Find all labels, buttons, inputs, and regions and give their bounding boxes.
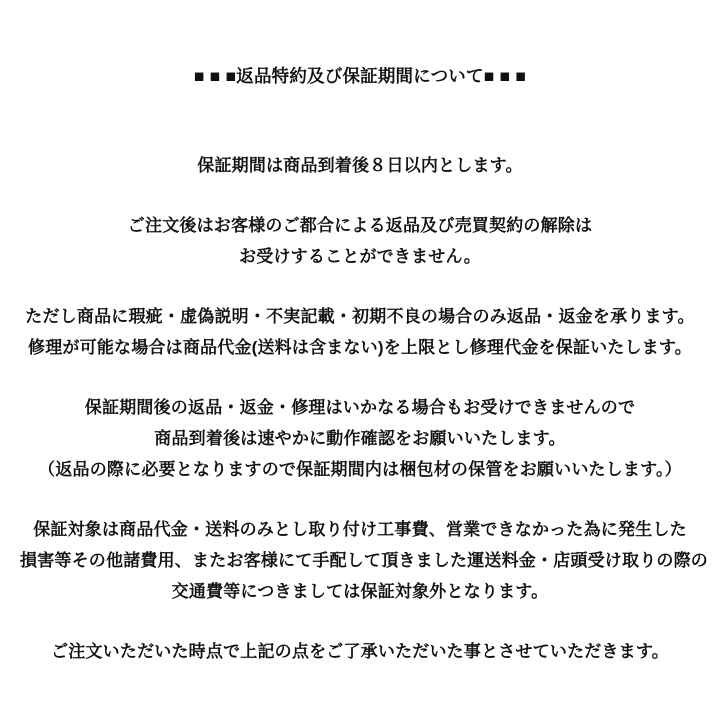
page-title: ■ ■ ■返品特約及び保証期間について■ ■ ■ (20, 61, 700, 92)
paragraph-defect-returns: ただし商品に瑕疵・虚偽説明・不実記載・初期不良の場合のみ返品・返金を承ります。 … (20, 301, 700, 363)
paragraph-acknowledgement: ご注文いただいた時点で上記の点をご了承いただいた事とさせていただきます。 (20, 636, 700, 667)
text-line: 保証期間後の返品・返金・修理はいかなる場合もお受けできませんので (20, 392, 700, 423)
text-line: 交通費等につきましては保証対象外となります。 (20, 576, 700, 607)
paragraph-warranty-period: 保証期間は商品到着後８日以内とします。 (20, 150, 700, 181)
paragraph-after-warranty: 保証期間後の返品・返金・修理はいかなる場合もお受けできませんので 商品到着後は速… (20, 392, 700, 485)
return-policy-document: ■ ■ ■返品特約及び保証期間について■ ■ ■ 保証期間は商品到着後８日以内と… (0, 0, 720, 720)
paragraph-coverage-scope: 保証対象は商品代金・送料のみとし取り付け工事費、営業できなかった為に発生した 損… (20, 514, 700, 607)
text-line: 損害等その他諸費用、またお客様にて手配して頂きました運送料金・店頭受け取りの際の (20, 545, 700, 576)
text-line: 保証対象は商品代金・送料のみとし取り付け工事費、営業できなかった為に発生した (20, 514, 700, 545)
text-line: ご注文後はお客様のご都合による返品及び売買契約の解除は (20, 210, 700, 241)
text-line: （返品の際に必要となりますので保証期間内は梱包材の保管をお願いいたします。） (20, 454, 700, 485)
text-line: ご注文いただいた時点で上記の点をご了承いただいた事とさせていただきます。 (20, 636, 700, 667)
text-line: 保証期間は商品到着後８日以内とします。 (20, 150, 700, 181)
text-line: お受けすることができません。 (20, 241, 700, 272)
text-line: ただし商品に瑕疵・虚偽説明・不実記載・初期不良の場合のみ返品・返金を承ります。 (20, 301, 700, 332)
paragraph-no-cancellation: ご注文後はお客様のご都合による返品及び売買契約の解除は お受けすることができませ… (20, 210, 700, 272)
text-line: 商品到着後は速やかに動作確認をお願いいたします。 (20, 423, 700, 454)
text-line: 修理が可能な場合は商品代金(送料は含まない)を上限とし修理代金を保証いたします。 (20, 332, 700, 363)
